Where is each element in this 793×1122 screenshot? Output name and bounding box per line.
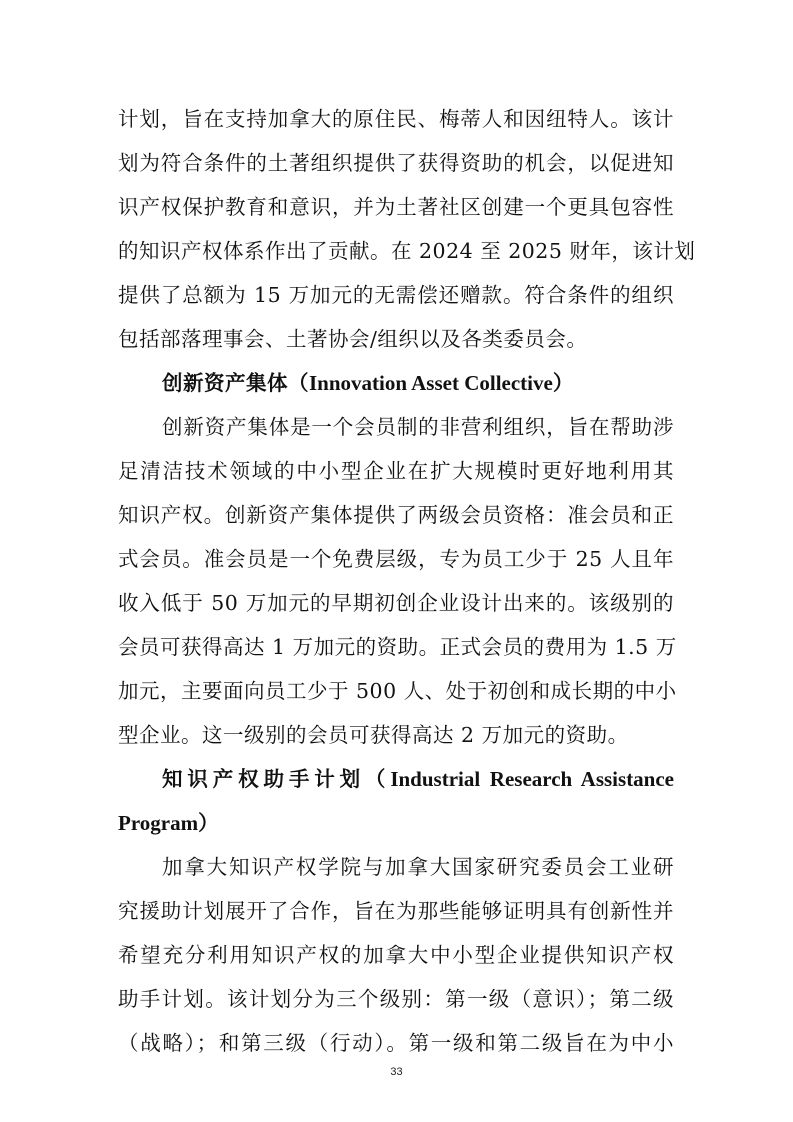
text-line: 识产权保护教育和意识，并为土著社区创建一个更具包容性 — [118, 185, 674, 229]
text-line: 助手计划。该计划分为三个级别：第一级（意识）；第二级 — [118, 977, 674, 1021]
heading-en: Innovation Asset Collective — [309, 371, 553, 395]
heading-line-1: 知识产权助手计划（Industrial Research Assistance — [118, 757, 674, 801]
text-line: 包括部落理事会、土著协会/组织以及各类委员会。 — [118, 317, 674, 361]
heading-line-2: Program） — [118, 801, 674, 845]
heading-close: ） — [198, 811, 219, 835]
heading-cn: 知识产权助手计划（ — [162, 767, 390, 791]
text-line: 加元，主要面向员工少于 500 人、处于初创和成长期的中小 — [118, 669, 674, 713]
paragraph-indigenous-program: 计划，旨在支持加拿大的原住民、梅蒂人和因纽特人。该计 划为符合条件的土著组织提供… — [118, 97, 674, 361]
section-heading-innovation-asset-collective: 创新资产集体（Innovation Asset Collective） — [118, 361, 674, 405]
text-line: 计划，旨在支持加拿大的原住民、梅蒂人和因纽特人。该计 — [118, 97, 674, 141]
text-line: 知识产权。创新资产集体提供了两级会员资格：准会员和正 — [118, 493, 674, 537]
paragraph-irap: 加拿大知识产权学院与加拿大国家研究委员会工业研 究援助计划展开了合作，旨在为那些… — [118, 845, 674, 1065]
document-page: 计划，旨在支持加拿大的原住民、梅蒂人和因纽特人。该计 划为符合条件的土著组织提供… — [118, 97, 674, 1065]
text-line: 究援助计划展开了合作，旨在为那些能够证明具有创新性并 — [118, 889, 674, 933]
heading-cn: 创新资产集体（ — [162, 371, 309, 395]
text-line: 的知识产权体系作出了贡献。在 2024 至 2025 财年，该计划 — [118, 229, 674, 273]
text-line: 希望充分利用知识产权的加拿大中小型企业提供知识产权 — [118, 933, 674, 977]
text-line: 会员可获得高达 1 万加元的资助。正式会员的费用为 1.5 万 — [118, 625, 674, 669]
text-line: 式会员。准会员是一个免费层级，专为员工少于 25 人且年 — [118, 537, 674, 581]
heading-en-1: Industrial Research Assistance — [390, 767, 674, 791]
text-line: （战略）；和第三级（行动）。第一级和第二级旨在为中小 — [118, 1021, 674, 1065]
text-line: 划为符合条件的土著组织提供了获得资助的机会，以促进知 — [118, 141, 674, 185]
text-line: 足清洁技术领域的中小型企业在扩大规模时更好地利用其 — [118, 449, 674, 493]
text-line: 加拿大知识产权学院与加拿大国家研究委员会工业研 — [118, 845, 674, 889]
page-number: 33 — [0, 1066, 793, 1078]
heading-en-2: Program — [118, 811, 198, 835]
section-heading-irap: 知识产权助手计划（Industrial Research Assistance … — [118, 757, 674, 845]
paragraph-innovation-asset-collective: 创新资产集体是一个会员制的非营利组织，旨在帮助涉 足清洁技术领域的中小型企业在扩… — [118, 405, 674, 757]
heading-close: ） — [553, 371, 574, 395]
text-line: 创新资产集体是一个会员制的非营利组织，旨在帮助涉 — [118, 405, 674, 449]
text-line: 收入低于 50 万加元的早期初创企业设计出来的。该级别的 — [118, 581, 674, 625]
text-line: 提供了总额为 15 万加元的无需偿还赠款。符合条件的组织 — [118, 273, 674, 317]
text-line: 型企业。这一级别的会员可获得高达 2 万加元的资助。 — [118, 713, 674, 757]
